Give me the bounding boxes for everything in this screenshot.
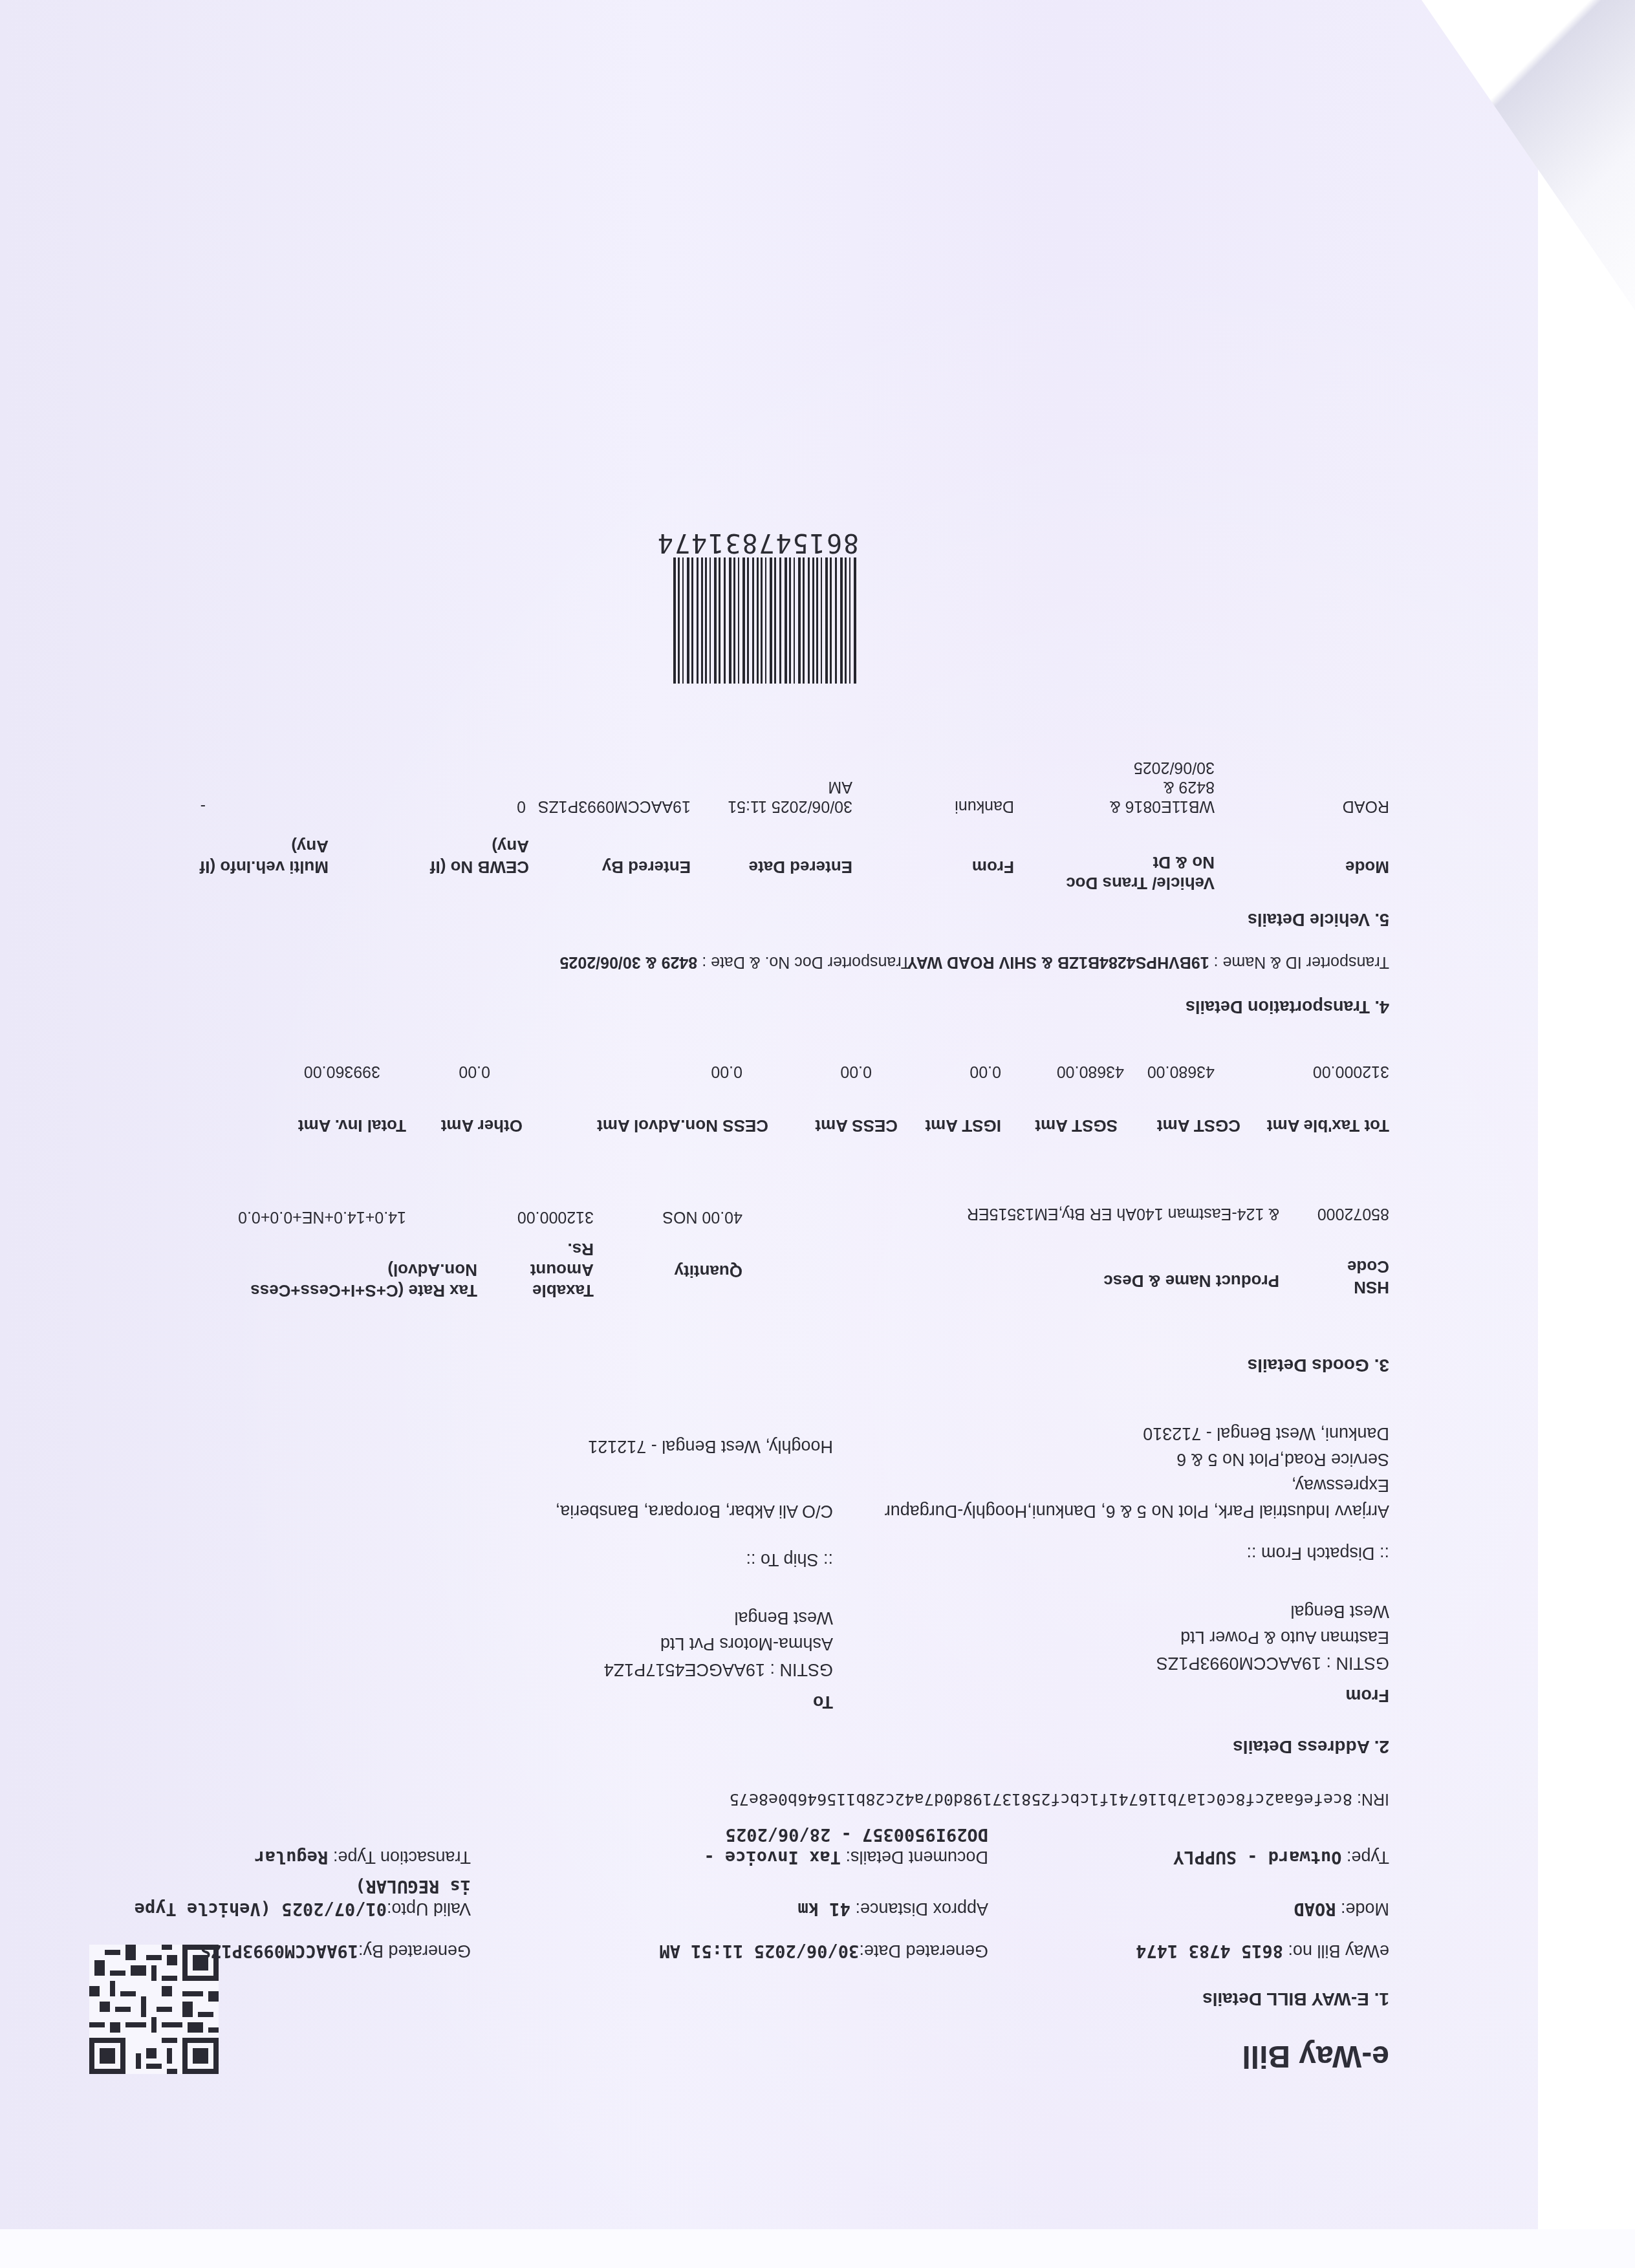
approx-distance-value: 41 km [798,1899,850,1919]
section-heading-address: 2. Address Details [1233,1736,1389,1757]
ship-to-address-line: Hooghly, West Bengal - 712121 [588,1436,833,1456]
to-label: To [813,1692,833,1712]
document-details-value: Tax Invoice - [704,1847,841,1867]
vehicle-cewb: 0 [517,797,526,816]
section-heading-goods: 3. Goods Details [1248,1355,1389,1376]
to-gstin: GSTIN : 19AAGCE4517P1Z4 [604,1659,833,1679]
transporter-value: 19BVHPS4284B1ZB & SHIV ROAD WAY [907,953,1209,971]
generated-by: Generated By:19AACCM0993P1ZS [200,1941,471,1961]
document-details-line2: DO29I9500357 - 28/06/2025 [726,1824,988,1844]
barcode-icon [665,554,859,684]
goods-tax-rate: 14.0+14.0+NE+0.0+0.0 [238,1207,406,1227]
section-heading-eway-details: 1. E-WAY BILL Details [1202,1989,1389,2009]
approx-distance: Approx Distance: 41 km [798,1899,988,1919]
eway-bill-no: eWay Bill no: 8615 4783 1474 [1136,1941,1389,1961]
dispatch-address-line: Arrjavv Industrial Park, Plot No 5 & 6, … [885,1501,1389,1521]
col-vehicle-doc: Vehicle/ Trans Doc No & Dt [1066,852,1215,894]
eway-bill-no-value: 8615 4783 1474 [1136,1941,1283,1961]
col-tot-taxable: Tot Tax'ble Amt [1267,1116,1389,1136]
col-total-inv: Total Inv. Amt [298,1116,406,1136]
ship-to-label: :: Ship To :: [746,1550,833,1570]
label: IRN: [1357,1790,1389,1808]
valid-upto-line2: is REGULAR) [355,1876,471,1896]
col-entered-date: Entered Date [749,857,852,878]
total-other: 0.00 [459,1062,490,1081]
valid-upto-value-line2: is REGULAR) [355,1876,471,1896]
col-from: From [972,857,1014,878]
label: Transaction Type: [333,1848,471,1867]
qr-code-icon [89,1945,219,2074]
goods-taxable-amount: 312000.00 [517,1207,594,1227]
section-heading-vehicle: 5. Vehicle Details [1248,909,1389,929]
from-gstin: GSTIN : 19AACCM0993P1ZS [1156,1653,1389,1673]
vehicle-from: Dankuni [955,797,1014,816]
col-multi-veh: Multi veh.Info (If Any) [180,836,329,878]
total-cess-nonadvol: 0.00 [711,1062,742,1081]
total-taxable: 312000.00 [1313,1062,1389,1081]
label: Generated Date: [859,1941,988,1961]
label: eWay Bill no: [1288,1941,1389,1961]
total-cgst: 43680.00 [1147,1062,1215,1081]
col-taxable-amount: Taxable Amount Rs. [503,1239,594,1301]
goods-hsn: 85072000 [1317,1204,1389,1224]
dispatch-address-line: Expressway, [1292,1475,1389,1495]
col-other: Other Amt [441,1116,523,1136]
label: Document Details: [845,1848,988,1867]
col-cess-nonadvol: CESS Non.Advol Amt [597,1116,768,1136]
vehicle-doc: WB11E0816 & 8429 & 30/06/2025 [1085,758,1215,816]
col-hsn: HSN Code [1337,1257,1389,1298]
label: Generated By: [358,1941,471,1961]
mode: Mode: ROAD [1294,1899,1389,1919]
col-entered-by: Entered By [602,857,691,878]
label: Mode: [1341,1899,1389,1919]
label: Transporter Doc No. & Date : [702,953,911,971]
generated-date: Generated Date:30/06/2025 11:51 AM [660,1941,989,1961]
scan-margin [1538,0,1635,2268]
ship-to-address-line: C/O Ali Akbar, Boropara, Bansberia, [556,1501,833,1521]
transaction-type-value: Regular [255,1847,329,1867]
scan-margin [0,2229,1635,2268]
generated-date-value: 30/06/2025 11:51 AM [660,1941,860,1961]
vehicle-multi-veh: - [200,797,206,816]
transporter-doc: Transporter Doc No. & Date : 8429 & 30/0… [560,953,911,971]
goods-product: & 124-Eastman 140Ah ER Bty,EM13515ER [967,1204,1279,1224]
transporter: Transporter ID & Name : 19BVHPS4284B1ZB … [907,953,1389,971]
col-quantity: Quantity [675,1261,742,1282]
col-igst: IGST Amt [926,1116,1001,1136]
transporter-doc-value: 8429 & 30/06/2025 [560,953,698,971]
col-tax-rate: Tax Rate (C+S+I+Cess+Cess Non.Advol) [193,1260,477,1301]
document-details-value-line2: DO29I9500357 - 28/06/2025 [726,1824,988,1844]
goods-quantity: 40.00 NOS [662,1207,742,1227]
from-label: From [1346,1685,1390,1705]
vehicle-mode: ROAD [1343,797,1389,816]
to-name: Ashma-Motors Pvt Ltd [660,1634,833,1654]
from-name: Eastman Auto & Power Ltd [1180,1627,1389,1647]
dispatch-address-line: Dankuni, West Bengal - 712310 [1143,1423,1389,1443]
scanned-page: e-Way Bill 1. E-WAY BIL [0,0,1635,2268]
total-invoice: 399360.00 [304,1062,380,1081]
irn: IRN: 8cefe6aa2cf8c0c1a7b116741f1cbcf2581… [730,1789,1389,1809]
label: Transporter ID & Name : [1214,953,1389,971]
irn-value: 8cefe6aa2cf8c0c1a7b116741f1cbcf258137198… [730,1790,1352,1809]
vehicle-entered-date: 30/06/2025 11:51 AM [704,777,852,816]
valid-upto: Valid Upto:01/07/2025 (Vehicle Type [135,1899,471,1919]
vehicle-entered-by: 19AACCM0993P1ZS [538,797,691,816]
col-mode: Mode [1345,857,1389,878]
page-title: e-Way Bill [1242,2038,1389,2074]
type: Type: Outward - SUPPLY [1173,1847,1389,1867]
type-value: Outward - SUPPLY [1173,1847,1341,1867]
from-state: West Bengal [1290,1601,1389,1621]
label: Type: [1347,1848,1389,1867]
col-cewb: CEWB No (If Any) [419,836,529,878]
total-cess: 0.00 [840,1062,872,1081]
label: Approx Distance: [855,1899,988,1919]
col-product: Product Name & Desc [1103,1271,1279,1291]
total-igst: 0.00 [969,1062,1001,1081]
to-state: West Bengal [734,1608,833,1628]
col-sgst: SGST Amt [1035,1116,1118,1136]
valid-upto-value: 01/07/2025 (Vehicle Type [135,1899,387,1919]
generated-by-value: 19AACCM0993P1ZS [200,1941,358,1961]
dispatch-from-label: :: Dispatch From :: [1246,1543,1389,1563]
transaction-type: Transaction Type: Regular [255,1847,471,1867]
total-sgst: 43680.00 [1057,1062,1124,1081]
col-cgst: CGST Amt [1157,1116,1240,1136]
dispatch-address-line: Service Road,Plot No 5 & 6 [1176,1449,1389,1469]
label: Valid Upto: [387,1899,471,1919]
document-details: Document Details: Tax Invoice - [704,1847,988,1867]
mode-value: ROAD [1294,1899,1336,1919]
barcode-number: 861547831474 [656,528,859,557]
col-cess: CESS Amt [815,1116,898,1136]
section-heading-transport: 4. Transportation Details [1186,997,1389,1017]
